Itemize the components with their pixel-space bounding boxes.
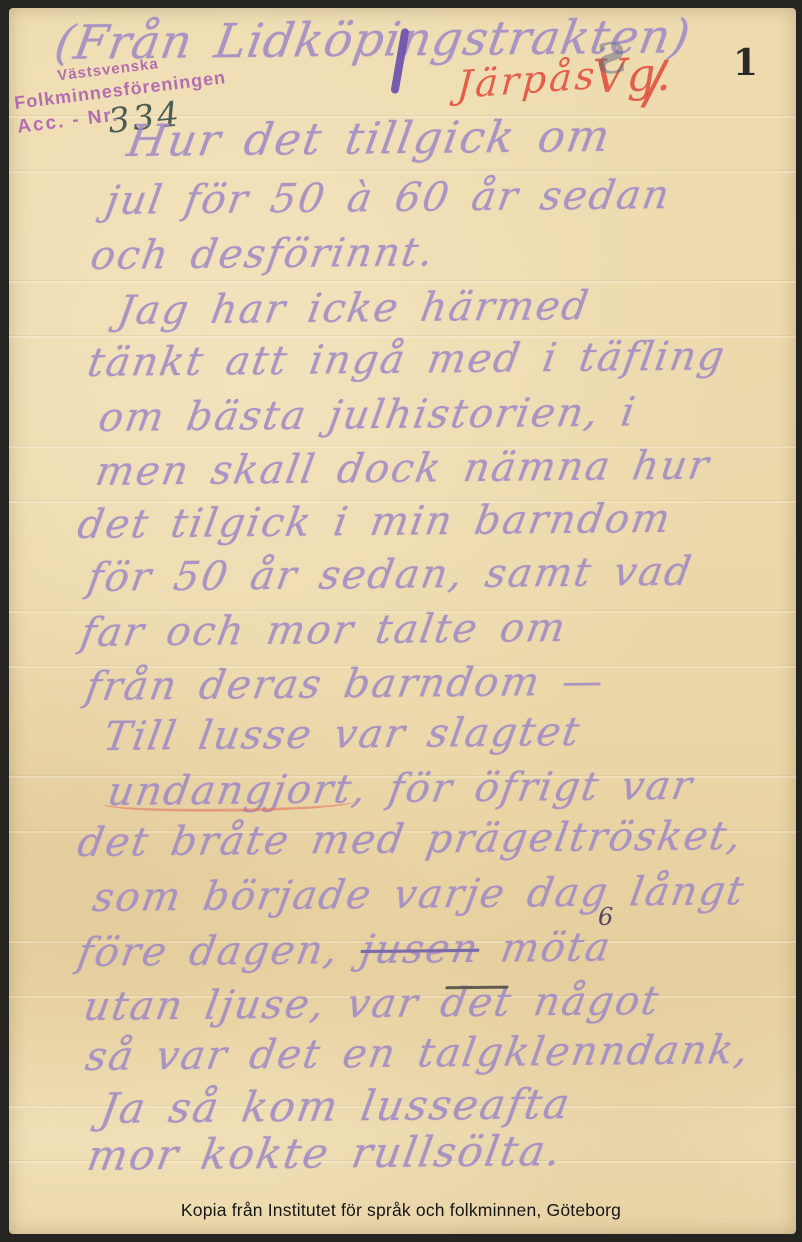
- manuscript-text: det tilgick i min barndom: [74, 496, 675, 548]
- manuscript-text: som började varje dag långt: [89, 868, 748, 921]
- manuscript-word-redunder: undangjort,: [104, 766, 371, 815]
- manuscript-text: men skall dock nämna hur: [92, 443, 713, 495]
- manuscript-line: mor kokte rullsölta.: [84, 1126, 566, 1180]
- manuscript-line: tänkt att ingå med i täfling: [84, 333, 729, 386]
- manuscript-text: något: [509, 978, 664, 1026]
- manuscript-word-overline: det: [437, 980, 516, 1027]
- manuscript-text: jul för 50 à 60 år sedan: [102, 172, 674, 224]
- manuscript-line: Till lusse var slagtet: [100, 709, 584, 760]
- manuscript-text: och desförinnt.: [87, 229, 438, 279]
- manuscript-text: mor kokte rullsölta.: [84, 1126, 566, 1180]
- manuscript-text: så var det en talgklenndank,: [82, 1027, 753, 1080]
- manuscript-text: Till lusse var slagtet: [100, 709, 584, 760]
- manuscript-text: tänkt att ingå med i täfling: [84, 333, 729, 386]
- archive-caption: Kopia från Institutet för språk och folk…: [0, 1200, 802, 1221]
- manuscript-line: före dagen, jusen möta: [74, 924, 615, 976]
- manuscript-line: Ja så kom lusseafta: [97, 1079, 575, 1133]
- superscript-correction: 6: [598, 903, 613, 931]
- manuscript-line: för 50 år sedan, samt vad: [84, 549, 696, 601]
- manuscript-text: Jag har icke härmed: [114, 283, 593, 334]
- manuscript-text: för öfrigt var: [364, 763, 697, 812]
- manuscript-line: som började varje dag långt: [89, 868, 748, 921]
- manuscript-line: Jag har icke härmed: [114, 283, 593, 334]
- manuscript-line: från deras barndom —: [82, 659, 608, 710]
- manuscript-text: det bråte med prägeltrösket,: [74, 813, 746, 866]
- manuscript-lines: Hur det tillgick omjul för 50 à 60 år se…: [0, 0, 802, 1242]
- manuscript-line: och desförinnt.: [87, 229, 438, 279]
- manuscript-line: det tilgick i min barndom: [74, 496, 675, 548]
- manuscript-line: om bästa julhistorien, i: [95, 389, 640, 441]
- manuscript-line: Hur det tillgick om: [124, 111, 616, 167]
- manuscript-text: möta: [476, 924, 616, 971]
- annotation-layer: (Från Lidköpingstrakten) Järpås Vg. / S …: [0, 0, 802, 1242]
- manuscript-text: far och mor talte om: [77, 605, 570, 656]
- manuscript-text: om bästa julhistorien, i: [95, 389, 640, 441]
- manuscript-line: undangjort, för öfrigt var: [104, 763, 697, 815]
- manuscript-text: före dagen,: [74, 927, 364, 976]
- manuscript-line: jul för 50 à 60 år sedan: [102, 172, 674, 224]
- manuscript-text: för 50 år sedan, samt vad: [84, 549, 696, 601]
- manuscript-line: utan ljuse, var det något: [80, 978, 663, 1030]
- manuscript-line: far och mor talte om: [77, 605, 570, 656]
- manuscript-text: utan ljuse, var: [80, 980, 444, 1030]
- manuscript-word-strike: jusen: [357, 926, 483, 973]
- manuscript-line: det bråte med prägeltrösket,: [74, 813, 746, 866]
- manuscript-text: Ja så kom lusseafta: [97, 1079, 575, 1133]
- manuscript-text: från deras barndom —: [82, 659, 608, 710]
- manuscript-line: så var det en talgklenndank,: [82, 1027, 753, 1080]
- manuscript-text: Hur det tillgick om: [124, 111, 616, 167]
- manuscript-line: men skall dock nämna hur: [92, 443, 713, 495]
